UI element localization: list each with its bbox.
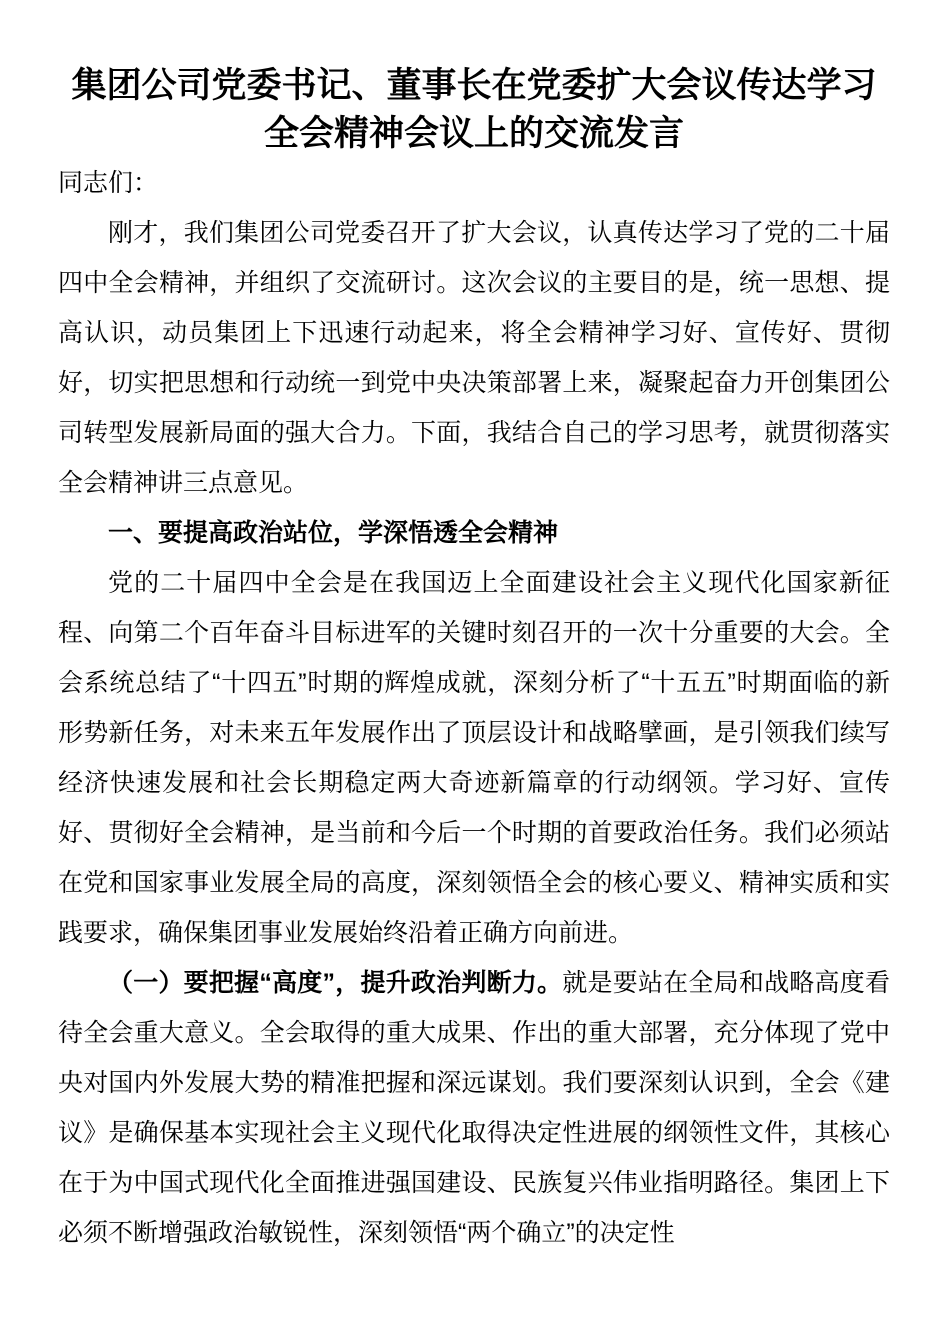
- section-heading-1: 一、要提高政治站位，学深悟透全会精神: [58, 508, 890, 558]
- paragraph-subpoint-1: （一）要把握“高度”，提升政治判断力。就是要站在全局和战略高度看待全会重大意义。…: [58, 958, 890, 1258]
- document-page: 集团公司党委书记、董事长在党委扩大会议传达学习全会精神会议上的交流发言 同志们：…: [0, 0, 950, 1344]
- salutation: 同志们：: [58, 158, 890, 208]
- paragraph-intro: 刚才，我们集团公司党委召开了扩大会议，认真传达学习了党的二十届四中全会精神，并组…: [58, 208, 890, 508]
- subpoint-1-body: 就是要站在全局和战略高度看待全会重大意义。全会取得的重大成果、作出的重大部署，充…: [58, 969, 890, 1247]
- paragraph-section-1-body: 党的二十届四中全会是在我国迈上全面建设社会主义现代化国家新征程、向第二个百年奋斗…: [58, 558, 890, 958]
- document-title: 集团公司党委书记、董事长在党委扩大会议传达学习全会精神会议上的交流发言: [58, 62, 890, 158]
- subpoint-1-bold-lead: （一）要把握“高度”，提升政治判断力。: [108, 969, 562, 997]
